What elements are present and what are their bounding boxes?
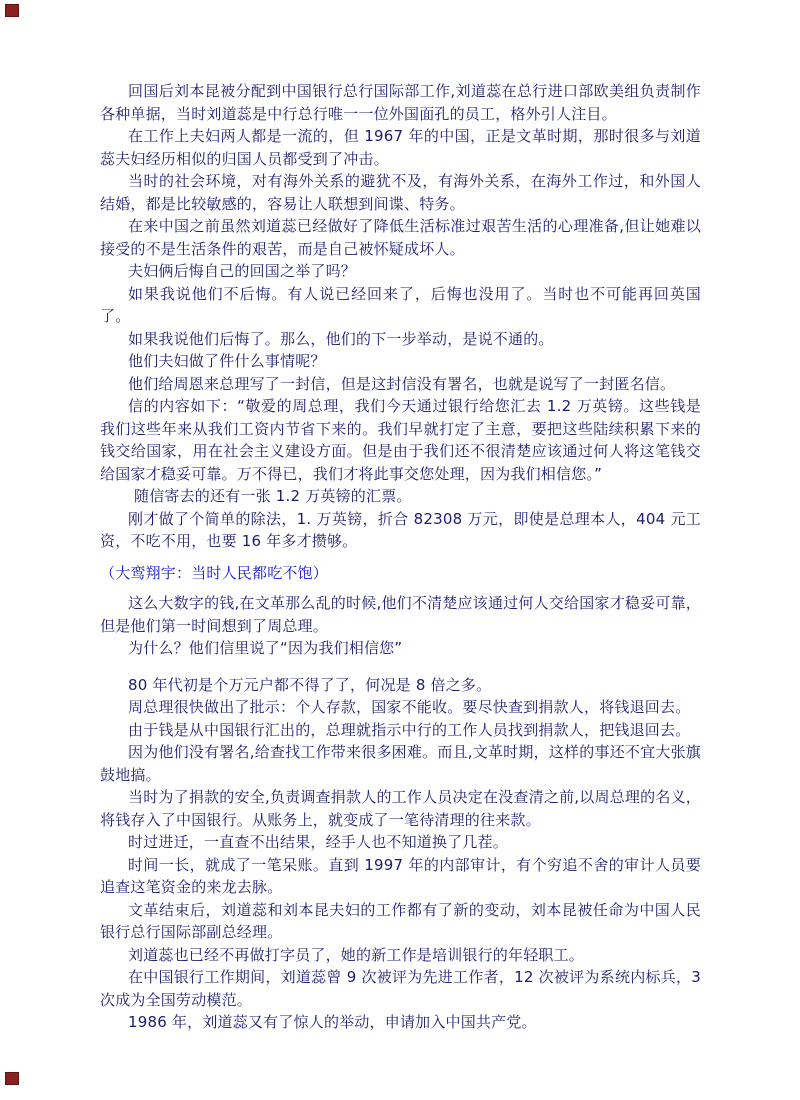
paragraph: 为什么？他们信里说了“因为我们相信您” xyxy=(100,637,701,660)
paragraph: 夫妇俩后悔自己的回国之举了吗？ xyxy=(100,260,701,283)
paragraph: 当时的社会环境，对有海外关系的避犹不及，有海外关系，在海外工作过，和外国人结婚，… xyxy=(100,170,701,215)
paragraph: 因为他们没有署名,给查找工作带来很多困难。而且,文革时期，这样的事还不宜大张旗鼓… xyxy=(100,741,701,786)
annotation-line: （大鸾翔宇：当时人民都吃不饱） xyxy=(100,562,701,585)
document-body: 回国后刘本昆被分配到中国银行总行国际部工作,刘道蕊在总行进口部欧美组负责制作各种… xyxy=(100,80,701,1034)
page-corner-marker-bottom-left xyxy=(6,1073,18,1084)
paragraph: 刘道蕊也已经不再做打字员了，她的新工作是培训银行的年轻职工。 xyxy=(100,944,701,967)
page-corner-marker-top-left xyxy=(6,5,18,16)
paragraph: 刚才做了个简单的除法，1. 万英镑，折合 82308 万元，即使是总理本人，40… xyxy=(100,508,701,553)
paragraph: 周总理很快做出了批示：个人存款，国家不能收。要尽快查到捐款人，将钱退回去。 xyxy=(100,696,701,719)
paragraph: 回国后刘本昆被分配到中国银行总行国际部工作,刘道蕊在总行进口部欧美组负责制作各种… xyxy=(100,80,701,125)
paragraph: 当时为了捐款的安全,负责调查捐款人的工作人员决定在没查清之前,以周总理的名义，将… xyxy=(100,786,701,831)
paragraph: 如果我说他们后悔了。那么，他们的下一步举动，是说不通的。 xyxy=(100,328,701,351)
paragraph: 他们夫妇做了件什么事情呢？ xyxy=(100,350,701,373)
paragraph: 80 年代初是个万元户都不得了了，何况是 8 倍之多。 xyxy=(100,674,701,697)
paragraph: 时过进迁，一直查不出结果，经手人也不知道换了几茬。 xyxy=(100,831,701,854)
paragraph: 在工作上夫妇两人都是一流的，但 1967 年的中国，正是文革时期，那时很多与刘道… xyxy=(100,125,701,170)
paragraph: 信的内容如下：“敬爱的周总理，我们今天通过银行给您汇去 1.2 万英镑。这些钱是… xyxy=(100,395,701,485)
paragraph: 在中国银行工作期间，刘道蕊曾 9 次被评为先进工作者，12 次被评为系统内标兵，… xyxy=(100,966,701,1011)
paragraph: 如果我说他们不后悔。有人说已经回来了，后悔也没用了。当时也不可能再回英国了。 xyxy=(100,283,701,328)
paragraph: 在来中国之前虽然刘道蕊已经做好了降低生活标准过艰苦生活的心理准备,但让她难以接受… xyxy=(100,215,701,260)
paragraph: 由于钱是从中国银行汇出的，总理就指示中行的工作人员找到捐款人，把钱退回去。 xyxy=(100,719,701,742)
paragraph: 文革结束后，刘道蕊和刘本昆夫妇的工作都有了新的变动，刘本昆被任命为中国人民银行总… xyxy=(100,899,701,944)
paragraph: 这么大数字的钱,在文革那么乱的时候,他们不清楚应该通过何人交给国家才稳妥可靠，但… xyxy=(100,592,701,637)
paragraph: 随信寄去的还有一张 1.2 万英镑的汇票。 xyxy=(100,485,701,508)
paragraph: 时间一长，就成了一笔呆账。直到 1997 年的内部审计，有个穷追不舍的审计人员要… xyxy=(100,854,701,899)
paragraph: 1986 年，刘道蕊又有了惊人的举动，申请加入中国共产党。 xyxy=(100,1011,701,1034)
paragraph: 他们给周恩来总理写了一封信，但是这封信没有署名，也就是说写了一封匿名信。 xyxy=(100,373,701,396)
